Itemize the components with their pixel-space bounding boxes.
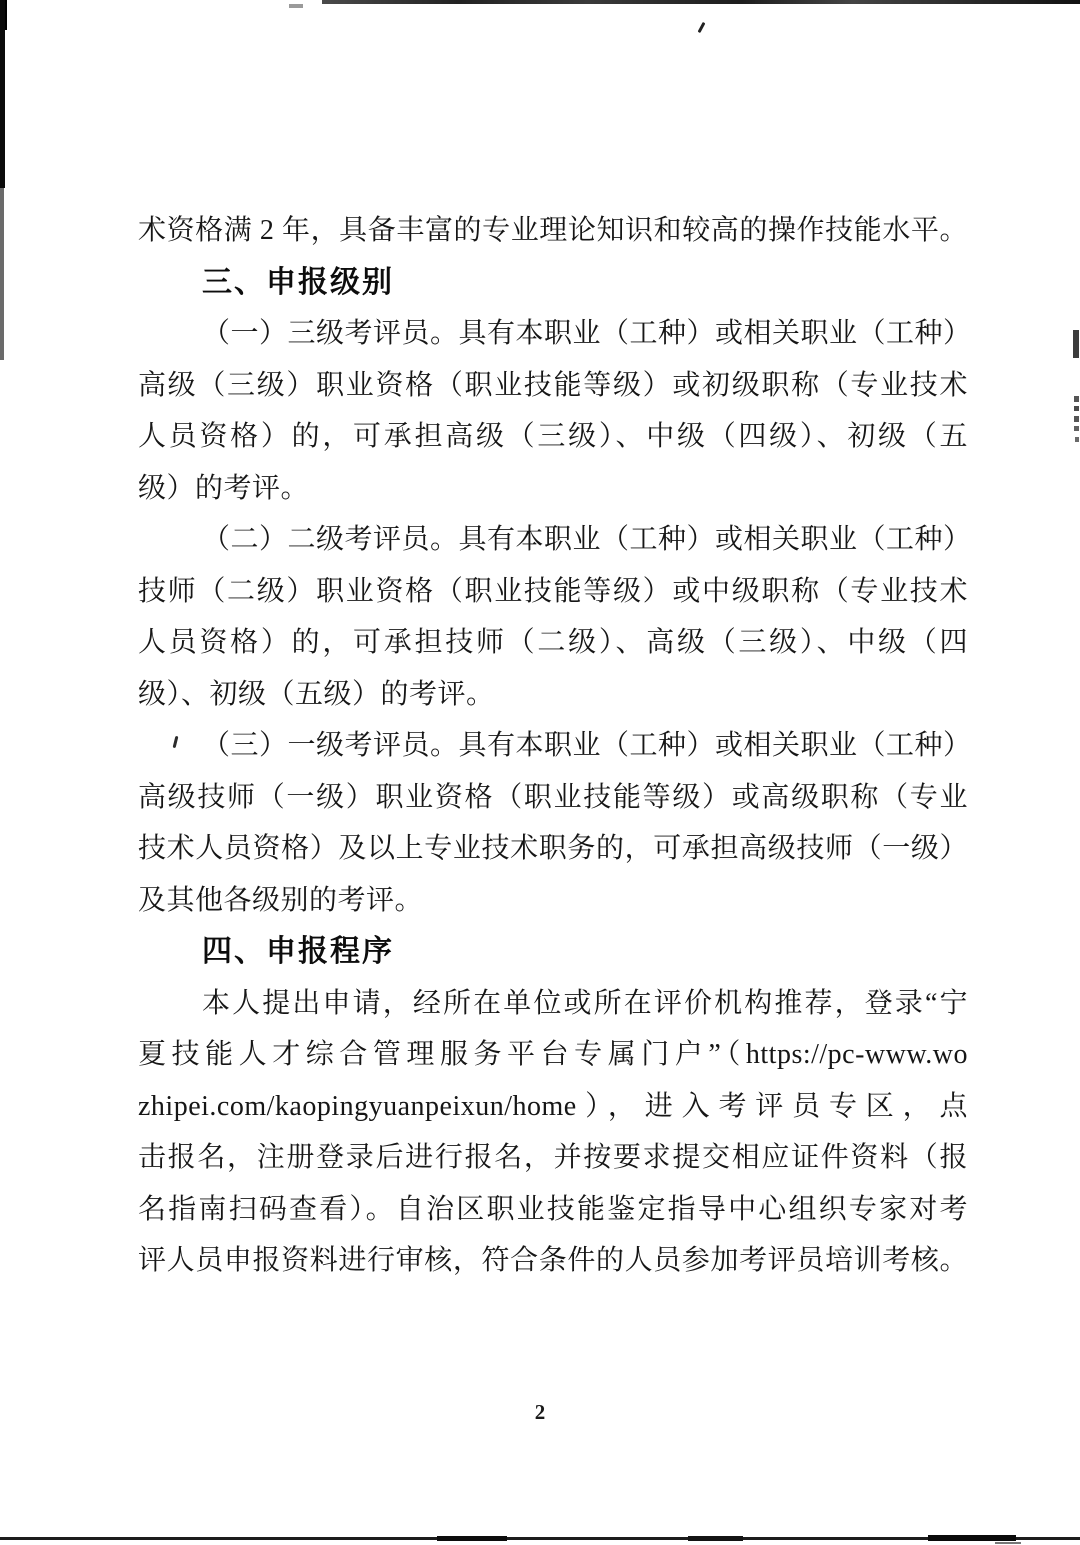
scan-edge-right-dash [1074,416,1079,422]
text-line: 术资格满 2 年，具备丰富的专业理论知识和较高的操作技能水平。 [138,205,968,257]
heading-section-3: 三、申报级别 [138,257,968,309]
text-line: 及其他各级别的考评。 [138,875,968,927]
text-line: 技师（二级）职业资格（职业技能等级）或中级职称（专业技术 [138,566,968,618]
text-line: zhipei.com/kaopingyuanpeixun/home），进入考评员… [138,1081,968,1133]
text-line: 人员资格）的，可承担高级（三级）、中级（四级）、初级（五 [138,411,968,463]
text-line: 人员资格）的，可承担技师（二级）、高级（三级）、中级（四 [138,617,968,669]
text-line: 高级技师（一级）职业资格（职业技能等级）或高级职称（专业 [138,772,968,824]
text-line: （一）三级考评员。具有本职业（工种）或相关职业（工种） [138,308,968,360]
text-line: 高级（三级）职业资格（职业技能等级）或初级职称（专业技术 [138,360,968,412]
scan-edge-bottom-speck [995,1542,1021,1544]
document-body: 术资格满 2 年，具备丰富的专业理论知识和较高的操作技能水平。 三、申报级别 （… [138,205,968,1287]
text-line: 级）的考评。 [138,463,968,515]
text-line: （三）一级考评员。具有本职业（工种）或相关职业（工种） [138,720,968,772]
page-number: 2 [0,1400,1080,1425]
scan-edge-bottom-segment [928,1535,1016,1541]
text-line: 夏技能人才综合管理服务平台专属门户”（https://pc-www.wo [138,1029,968,1081]
scan-edge-right-dash [1075,437,1079,442]
scan-edge-right-dash [1074,396,1079,402]
text-line: （二）二级考评员。具有本职业（工种）或相关职业（工种） [138,514,968,566]
scan-edge-right-dash [1074,406,1079,411]
text-line: 技术人员资格）及以上专业技术职务的，可承担高级技师（一级） [138,823,968,875]
text-line: 名指南扫码查看）。自治区职业技能鉴定指导中心组织专家对考 [138,1184,968,1236]
scan-edge-top-band [322,0,1080,4]
scan-speck-top-dash [289,4,303,8]
scan-edge-right-bar [1073,330,1079,358]
scan-edge-bottom-line [0,1537,1080,1540]
scan-edge-bottom-segment [688,1536,743,1541]
text-line: 级）、初级（五级）的考评。 [138,669,968,721]
text-line: 本人提出申请，经所在单位或所在评价机构推荐，登录“宁 [138,978,968,1030]
scanned-document-page: 术资格满 2 年，具备丰富的专业理论知识和较高的操作技能水平。 三、申报级别 （… [0,0,1080,1545]
scan-edge-bottom-segment [437,1536,507,1541]
scan-edge-left-dark [0,0,5,188]
heading-section-4: 四、申报程序 [138,926,968,978]
scan-speck-top-tick [698,22,706,33]
text-line: 评人员申报资料进行审核，符合条件的人员参加考评员培训考核。 [138,1235,968,1287]
scan-edge-left-gray [0,188,4,360]
text-line: 击报名，注册登录后进行报名，并按要求提交相应证件资料（报 [138,1132,968,1184]
scan-edge-right-dash [1074,426,1079,431]
